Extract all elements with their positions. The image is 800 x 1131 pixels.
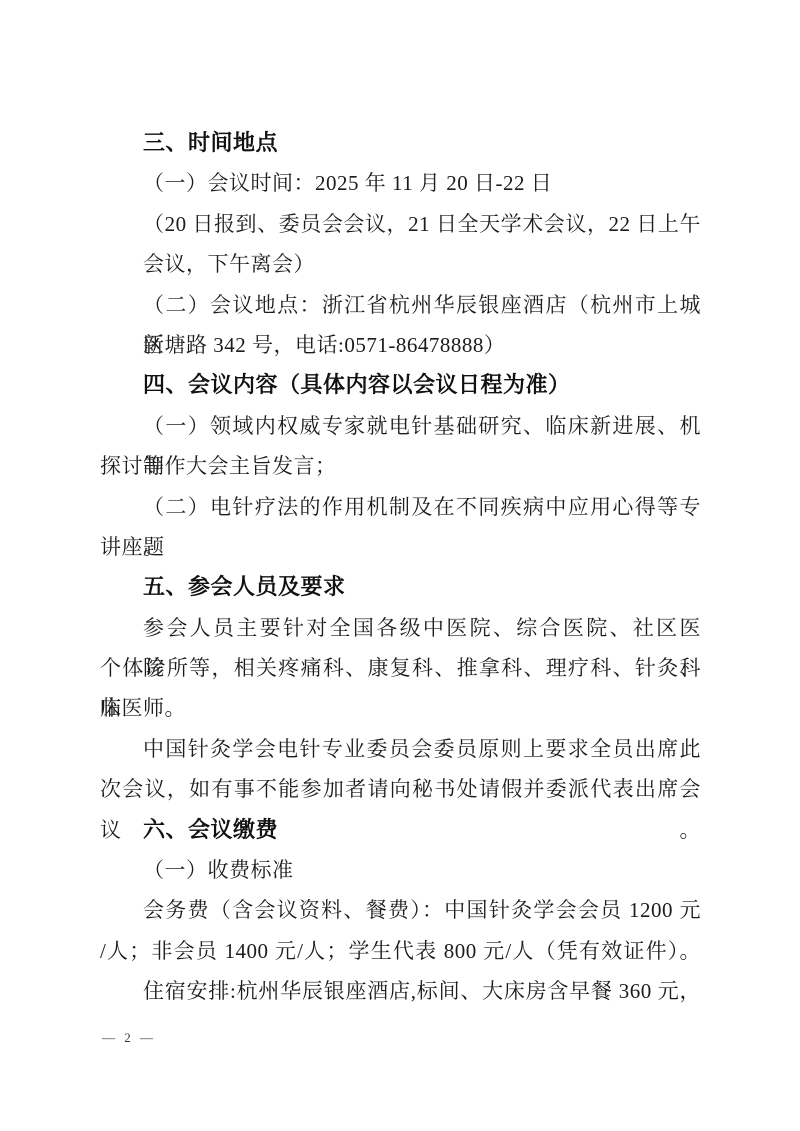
text-line: 新塘路 342 号，电话:0571-86478888） [100,325,701,365]
text-line: （一）会议时间：2025 年 11 月 20 日-22 日 [100,163,701,203]
text-line: 会议，下午离会） [100,244,701,284]
text-line: 住宿安排:杭州华辰银座酒店,标间、大床房含早餐 360 元， [100,971,701,1011]
section-heading: 五、参会人员及要求 [100,567,701,607]
text-line: 讲座。 [100,527,701,567]
section-heading: 三、时间地点 [100,123,701,163]
text-line: （20 日报到、委员会会议，21 日全天学术会议，22 日上午 [100,204,701,244]
text-line: （二）电针疗法的作用机制及在不同疾病中应用心得等专题 [100,487,701,527]
text-line: （一）收费标准 [100,850,701,890]
text-line: （一）领域内权威专家就电针基础研究、临床新进展、机制 [100,406,701,446]
section-heading: 四、会议内容（具体内容以会议日程为准） [100,365,701,405]
document-page: 三、时间地点（一）会议时间：2025 年 11 月 20 日-22 日（20 日… [0,0,800,1131]
page-number: — 2 — [102,1030,156,1046]
text-line: 会务费（含会议资料、餐费）：中国针灸学会会员 1200 元 [100,890,701,930]
document-body: 三、时间地点（一）会议时间：2025 年 11 月 20 日-22 日（20 日… [100,123,701,1012]
text-line: （二）会议地点：浙江省杭州华辰银座酒店（杭州市上城区 [100,285,701,325]
text-line: 探讨等作大会主旨发言； [100,446,701,486]
text-line: /人；非会员 1400 元/人；学生代表 800 元/人（凭有效证件）。 [100,931,701,971]
text-line: 个体诊所等，相关疼痛科、康复科、推拿科、理疗科、针灸科临 [100,648,701,688]
text-line: 参会人员主要针对全国各级中医院、综合医院、社区医院、 [100,608,701,648]
text-line: 床医师。 [100,688,701,728]
text-line: 次会议，如有事不能参加者请向秘书处请假并委派代表出席会议。 [100,769,701,809]
text-line: 中国针灸学会电针专业委员会委员原则上要求全员出席此 [100,729,701,769]
